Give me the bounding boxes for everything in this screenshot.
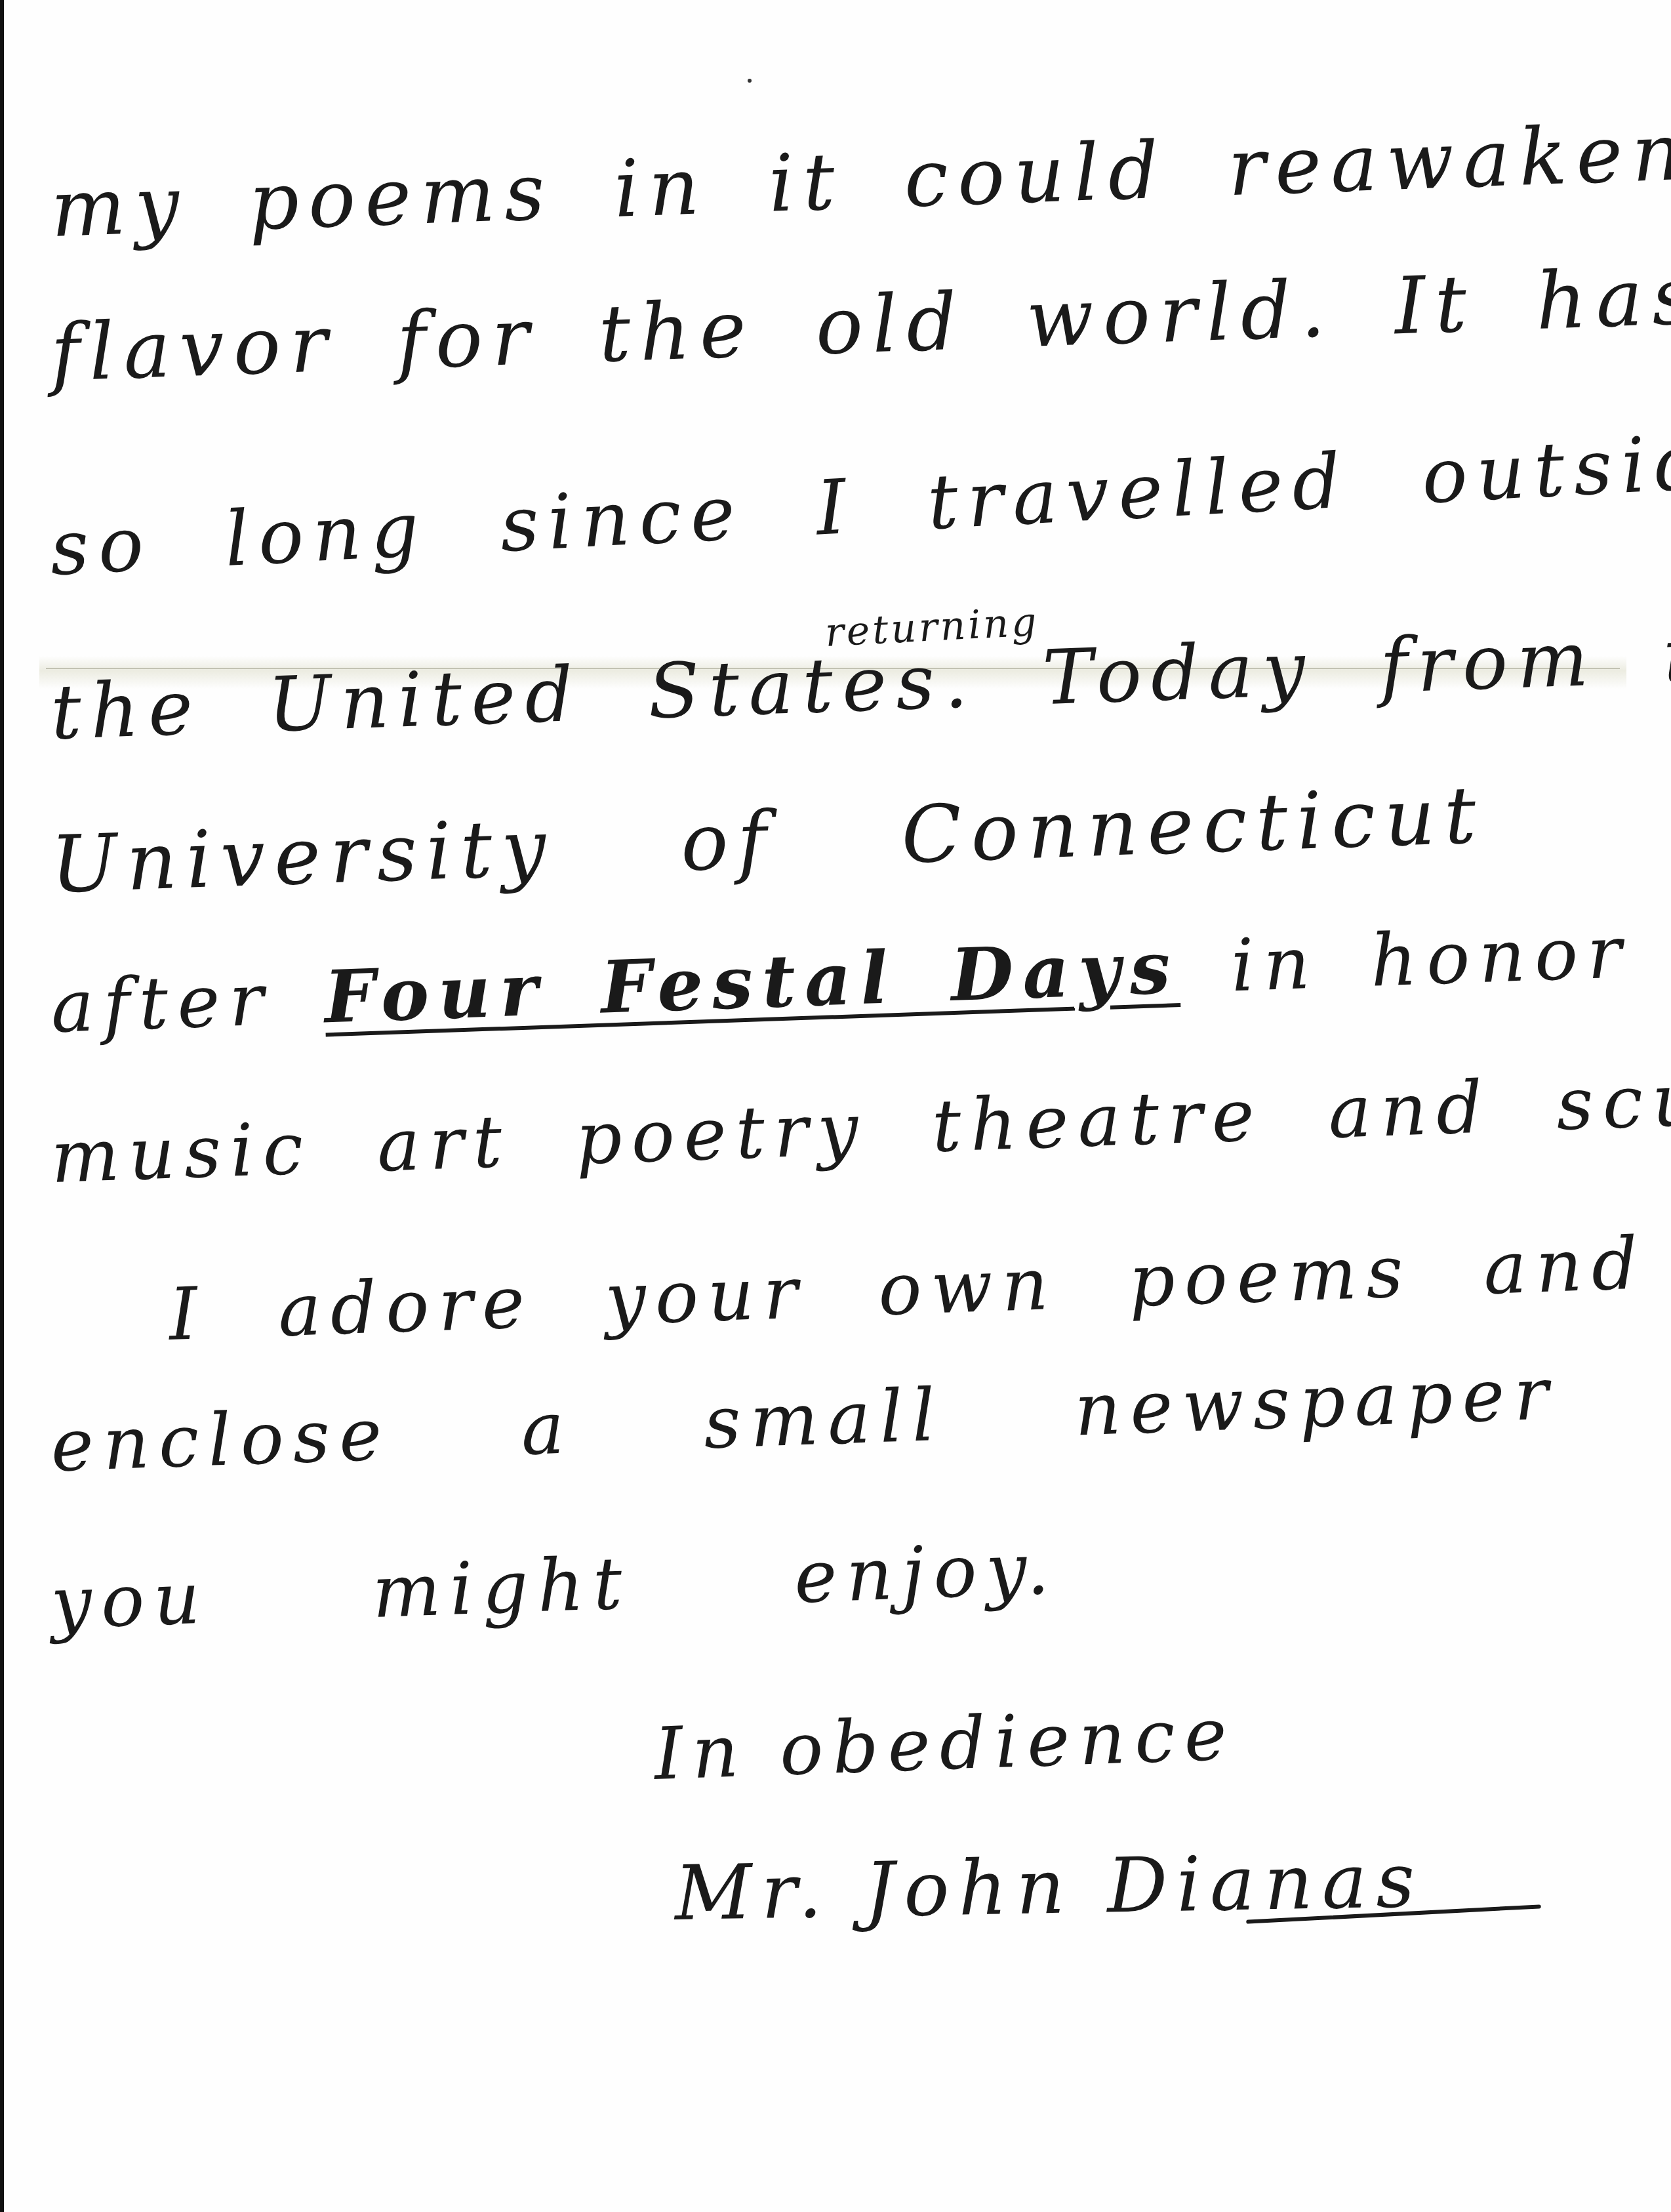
ink-speck <box>748 79 752 83</box>
letter-signature: Mr. John Dianas <box>674 1837 1425 1938</box>
scan-edge <box>0 0 4 2212</box>
underlined-phrase: Four Festal Days <box>323 925 1180 1039</box>
letter-page: my poems in it could reawaken my flavor … <box>0 0 1671 2212</box>
letter-line-7: music art poetry theatre and sculpture. <box>50 1046 1671 1199</box>
letter-line-2: flavor for the old world. It has been <box>49 241 1671 399</box>
letter-line-3: so long since I travelled outside <box>48 415 1671 593</box>
letter-line-9: enclose a small newspaper <box>50 1351 1559 1488</box>
letter-line-6-end: in honor of painting <box>1230 890 1671 1008</box>
letter-closing: In obedience <box>653 1692 1238 1796</box>
letter-line-6: after Four Festal Days in honor of paint… <box>49 890 1671 1049</box>
letter-line-1: my poems in it could reawaken my <box>49 100 1671 255</box>
letter-line-5: University of Connecticut <box>49 770 1487 911</box>
letter-line-10: you might enjoy. <box>50 1526 1060 1645</box>
letter-line-8: I adore your own poems and <box>168 1221 1649 1357</box>
letter-line-6-start: after <box>50 957 274 1049</box>
